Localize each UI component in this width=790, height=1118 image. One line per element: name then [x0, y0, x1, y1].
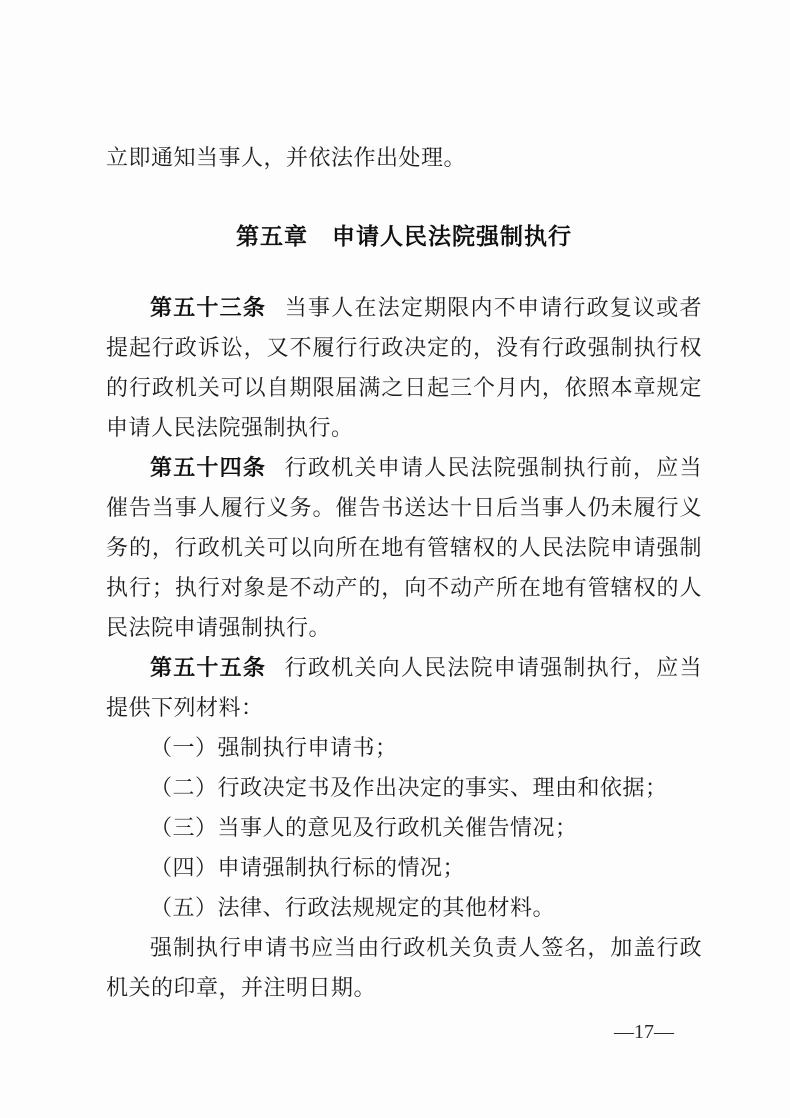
document-page: 立即通知当事人，并依法作出处理。 第五章 申请人民法院强制执行 第五十三条当事人… [0, 0, 790, 1118]
article-54-label: 第五十四条 [150, 455, 266, 480]
list-item-4: （四）申请强制执行标的情况； [106, 848, 702, 888]
article-54-text: 行政机关申请人民法院强制执行前，应当催告当事人履行义务。催告书送达十日后当事人仍… [106, 455, 702, 640]
document-content: 立即通知当事人，并依法作出处理。 第五章 申请人民法院强制执行 第五十三条当事人… [106, 138, 702, 1008]
list-item-5: （五）法律、行政法规规定的其他材料。 [106, 888, 702, 928]
article-54-paragraph: 第五十四条行政机关申请人民法院强制执行前，应当催告当事人履行义务。催告书送达十日… [106, 448, 702, 648]
list-item-3: （三）当事人的意见及行政机关催告情况； [106, 808, 702, 848]
chapter-heading: 第五章 申请人民法院强制执行 [106, 216, 702, 256]
article-53-label: 第五十三条 [150, 295, 266, 320]
list-item-2: （二）行政决定书及作出决定的事实、理由和依据； [106, 768, 702, 808]
article-53-paragraph: 第五十三条当事人在法定期限内不申请行政复议或者提起行政诉讼，又不履行行政决定的，… [106, 288, 702, 448]
article-55-paragraph: 第五十五条行政机关向人民法院申请强制执行，应当提供下列材料： [106, 648, 702, 728]
list-item-1: （一）强制执行申请书； [106, 728, 702, 768]
page-number: —17— [614, 1018, 674, 1046]
closing-paragraph: 强制执行申请书应当由行政机关负责人签名，加盖行政机关的印章，并注明日期。 [106, 928, 702, 1008]
article-55-label: 第五十五条 [150, 655, 266, 680]
continuation-paragraph: 立即通知当事人，并依法作出处理。 [106, 138, 702, 178]
